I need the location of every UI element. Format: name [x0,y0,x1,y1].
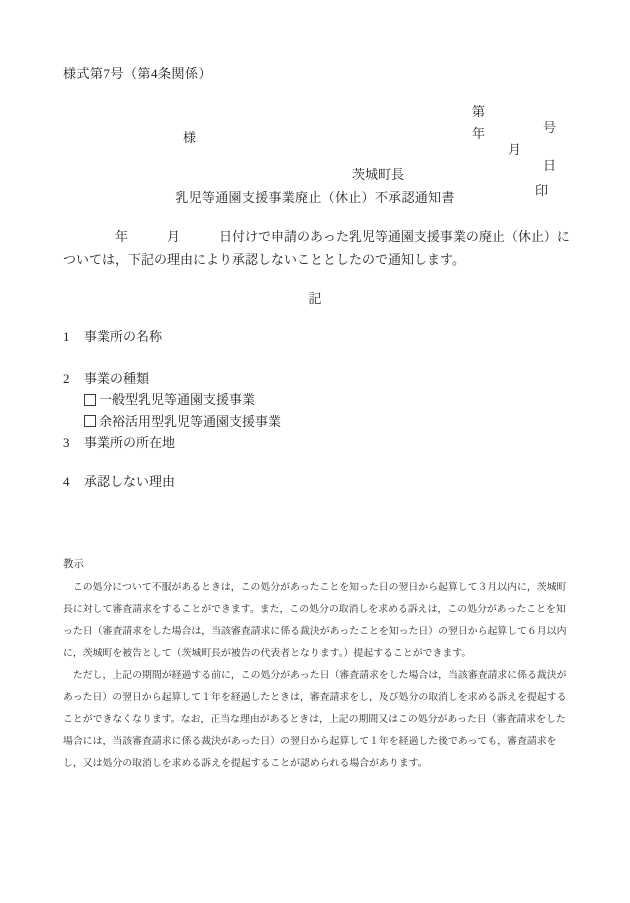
item-number: 4 [63,471,84,492]
notice-paragraph-2: ただし，上記の期間が経過する前に，この処分があった日（審査請求をした場合は，当該… [63,665,571,775]
form-number: 様式第7号（第4条関係） [63,63,212,82]
item-denial-reason: 4 承認しない理由 [63,471,573,492]
option-surplus-type[interactable]: 余裕活用型乳児等通園支援事業 [84,411,573,433]
notice-paragraph-1: この処分について不服があるときは，この処分があったことを知った日の翌日から起算し… [63,577,571,665]
checkbox-icon[interactable] [84,394,96,406]
item-label: 事業所の名称 [84,326,162,347]
option-label: 一般型乳児等通園支援事業 [99,389,255,411]
date-year-label: 年 [472,123,485,142]
item-number: 3 [63,432,84,453]
notice-body: この処分について不服があるときは，この処分があったことを知った日の翌日から起算し… [63,577,571,775]
addressee-honorific: 様 [183,127,196,146]
date-line: 年 月 日 [0,107,630,125]
item-business-address: 3 事業所の所在地 [63,432,573,453]
checkbox-icon[interactable] [84,415,96,427]
item-business-name: 1 事業所の名称 [63,326,573,347]
issuer-name: 茨城町長 [352,164,404,183]
item-label: 事業所の所在地 [84,432,175,453]
item-list: 1 事業所の名称 2 事業の種類 一般型乳児等通園支援事業 余裕活用型乳児等通園… [63,326,573,492]
record-heading: 記 [0,288,630,307]
issuer-line: 茨城町長 印 [0,148,630,166]
item-label: 承認しない理由 [84,471,175,492]
body-paragraph: 年 月 日付けで申請のあった乳児等通園支援事業の廃止（休止）については，下記の理… [63,226,573,271]
notice-heading: 教示 [63,556,84,571]
option-label: 余裕活用型乳児等通園支援事業 [99,411,281,433]
document-page: 様式第7号（第4条関係） 第 号 年 月 日 様 茨城町長 印 乳児等通園支援事… [0,0,630,903]
item-business-type: 2 事業の種類 [63,368,573,389]
item-number: 1 [63,326,84,347]
option-general-type[interactable]: 一般型乳児等通園支援事業 [84,389,573,411]
document-title: 乳児等通園支援事業廃止（休止）不承認通知書 [0,187,630,206]
item-label: 事業の種類 [84,368,149,389]
item-number: 2 [63,368,84,389]
document-number-line: 第 号 [0,85,630,103]
